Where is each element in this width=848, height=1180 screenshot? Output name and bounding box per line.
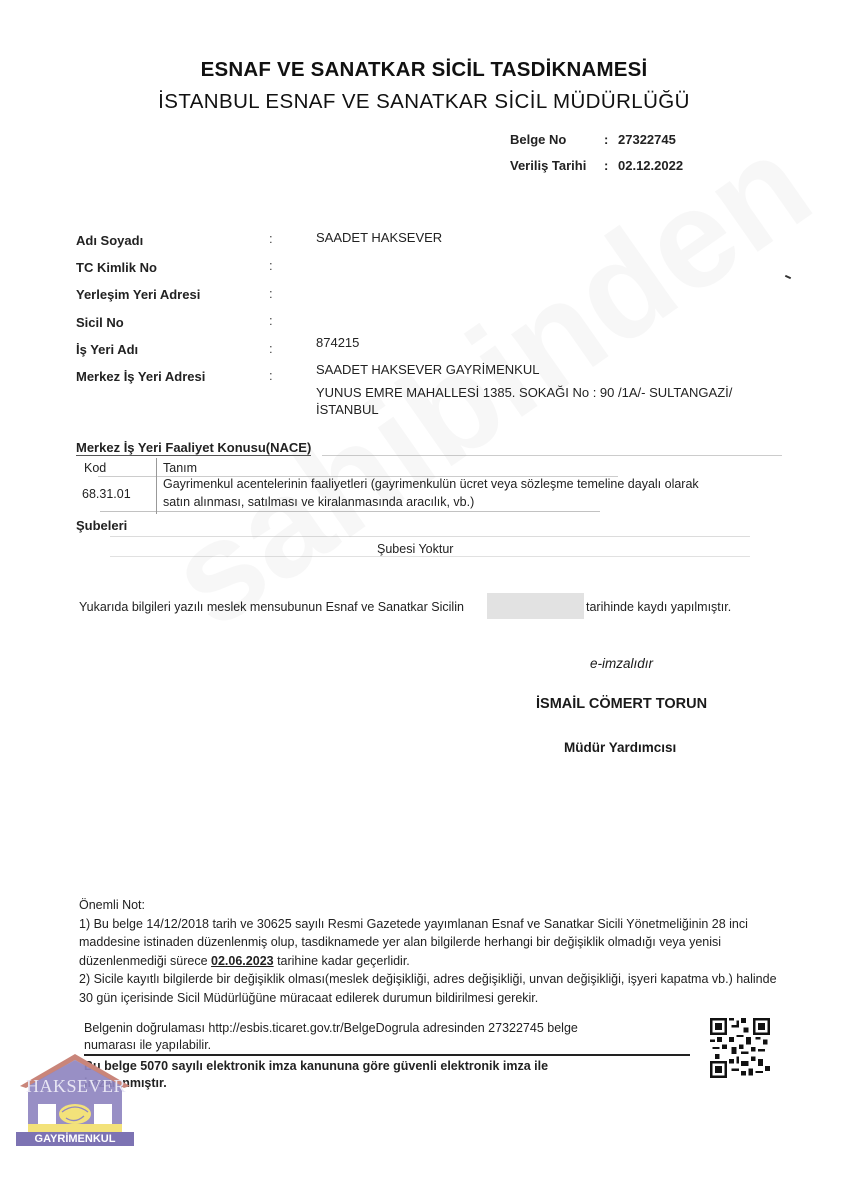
- field-value-merkez-adresi: SAADET HAKSEVER GAYRİMENKUL: [316, 362, 539, 377]
- verilis-tarihi-colon: :: [604, 158, 608, 173]
- belge-no-label: Belge No: [510, 132, 566, 147]
- divider: [84, 1054, 690, 1056]
- nace-heading: Merkez İş Yeri Faaliyet Konusu(NACE): [76, 440, 311, 456]
- divider: [110, 536, 750, 537]
- esign-line1: Bu belge 5070 sayılı elektronik imza kan…: [84, 1058, 548, 1075]
- redacted-date: [487, 593, 584, 619]
- field-label-yerlesim-adresi: Yerleşim Yeri Adresi: [76, 287, 200, 302]
- important-note-item-2: 2) Sicile kayıtlı bilgilerde bir değişik…: [79, 970, 779, 1007]
- field-colon: :: [269, 258, 273, 273]
- logo-banner-text: GAYRİMENKUL: [16, 1132, 134, 1146]
- esign-note: Bu belge 5070 sayılı elektronik imza kan…: [84, 1058, 548, 1092]
- verification-text: Belgenin doğrulaması http://esbis.ticare…: [84, 1020, 578, 1054]
- field-label-is-yeri-adi: İş Yeri Adı: [76, 342, 138, 357]
- field-value-adi-soyadi: SAADET HAKSEVER: [316, 230, 442, 245]
- registration-text-part2: tarihinde kaydı yapılmıştır.: [586, 600, 731, 614]
- document-title: ESNAF VE SANATKAR SİCİL TASDİKNAMESİ: [0, 58, 848, 82]
- nace-desc-line2: satın alınması, satılması ve kiralanması…: [163, 495, 474, 509]
- document-subtitle: İSTANBUL ESNAF VE SANATKAR SİCİL MÜDÜRLÜ…: [0, 90, 848, 114]
- verilis-tarihi-value: 02.12.2022: [618, 158, 683, 173]
- branches-heading: Şubeleri: [76, 518, 127, 533]
- esign-line2: imzalanmıştır.: [84, 1075, 548, 1092]
- verilis-tarihi-label: Veriliş Tarihi: [510, 158, 586, 173]
- nace-col-code: Kod: [84, 461, 106, 475]
- nace-code-value: 68.31.01: [82, 487, 131, 501]
- nace-col-desc: Tanım: [163, 461, 197, 475]
- divider: [322, 455, 782, 456]
- field-label-sicil-no: Sicil No: [76, 315, 124, 330]
- table-divider: [156, 458, 157, 514]
- field-colon: :: [269, 368, 273, 383]
- divider: [110, 556, 750, 557]
- watermark: sahibinden: [140, 103, 838, 660]
- valid-until-date: 02.06.2023: [211, 954, 274, 968]
- signer-name: İSMAİL CÖMERT TORUN: [536, 696, 707, 712]
- address-line-1: YUNUS EMRE MAHALLESİ 1385. SOKAĞI No : 9…: [316, 385, 732, 400]
- qr-code-icon: [710, 1016, 770, 1080]
- important-note-item-1: 1) Bu belge 14/12/2018 tarih ve 30625 sa…: [79, 915, 779, 971]
- field-label-adi-soyadi: Adı Soyadı: [76, 233, 143, 248]
- logo-name-text: HAKSEVER: [26, 1076, 124, 1097]
- address-line-2: İSTANBUL: [316, 402, 379, 417]
- field-colon: :: [269, 341, 273, 356]
- verification-line1: Belgenin doğrulaması http://esbis.ticare…: [84, 1020, 578, 1037]
- important-note: Önemli Not: 1) Bu belge 14/12/2018 tarih…: [79, 896, 779, 1007]
- field-value-is-yeri-adi: 874215: [316, 335, 359, 350]
- field-colon: :: [269, 313, 273, 328]
- belge-no-value: 27322745: [618, 132, 676, 147]
- field-colon: :: [269, 231, 273, 246]
- haksever-logo: HAKSEVER GAYRİMENKUL: [16, 1052, 134, 1146]
- field-label-tc-kimlik: TC Kimlik No: [76, 260, 157, 275]
- divider: [100, 511, 600, 512]
- field-colon: :: [269, 286, 273, 301]
- belge-no-colon: :: [604, 132, 608, 147]
- stray-mark: [785, 275, 791, 279]
- registration-text-part1: Yukarıda bilgileri yazılı meslek mensubu…: [79, 600, 464, 614]
- signer-title: Müdür Yardımcısı: [564, 740, 676, 755]
- note-item1-tail: tarihine kadar geçerlidir.: [274, 954, 410, 968]
- nace-desc-line1: Gayrimenkul acentelerinin faaliyetleri (…: [163, 477, 699, 491]
- note-item1-text: 1) Bu belge 14/12/2018 tarih ve 30625 sa…: [79, 917, 748, 968]
- important-note-heading: Önemli Not:: [79, 896, 779, 915]
- e-signed-label: e-imzalıdır: [590, 656, 653, 671]
- verification-line2: numarası ile yapılabilir.: [84, 1037, 578, 1054]
- field-label-merkez-adresi: Merkez İş Yeri Adresi: [76, 369, 205, 384]
- branches-value: Şubesi Yoktur: [377, 542, 453, 556]
